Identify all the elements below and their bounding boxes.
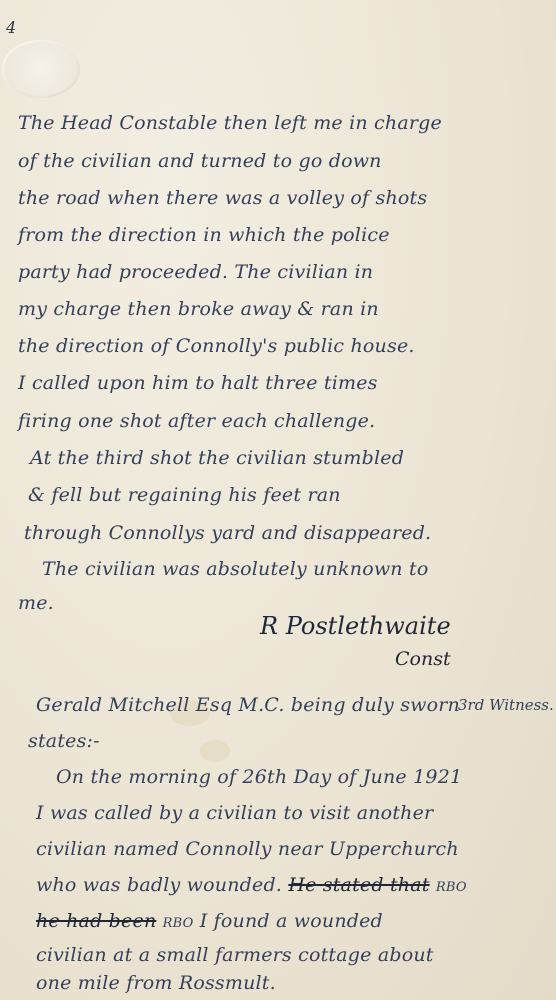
initials: RBO bbox=[436, 880, 467, 895]
text-line: The Head Constable then left me in charg… bbox=[18, 112, 442, 134]
text-line-with-deletion: who was badly wounded. He stated that RB… bbox=[36, 874, 467, 896]
text-line: me. bbox=[18, 592, 54, 614]
initials: RBO bbox=[163, 916, 194, 931]
text-line: On the morning of 26th Day of June 1921 bbox=[56, 766, 462, 788]
text-line: & fell but regaining his feet ran bbox=[28, 484, 341, 506]
struck-through-text: he had been bbox=[36, 910, 156, 932]
signature: R Postlethwaite bbox=[260, 612, 451, 640]
text-line: firing one shot after each challenge. bbox=[18, 410, 375, 432]
page-number: 4 bbox=[6, 18, 16, 37]
text-line: I called upon him to halt three times bbox=[18, 372, 378, 394]
text-line: party had proceeded. The civilian in bbox=[18, 261, 373, 283]
text-line: the direction of Connolly's public house… bbox=[18, 335, 415, 357]
embossed-seal-icon bbox=[2, 40, 80, 98]
text-line: one mile from Rossmult. bbox=[36, 972, 276, 994]
text-line: through Connollys yard and disappeared. bbox=[24, 522, 431, 544]
struck-through-text: He stated that bbox=[288, 874, 429, 896]
paper-stain bbox=[200, 740, 230, 762]
text-line: civilian at a small farmers cottage abou… bbox=[36, 944, 434, 966]
witness-label: 3rd Witness. bbox=[458, 696, 554, 714]
text-line: The civilian was absolutely unknown to bbox=[42, 558, 428, 580]
text-line: states:- bbox=[28, 730, 100, 752]
document-page: 4 The Head Constable then left me in cha… bbox=[0, 0, 556, 1000]
text-line: civilian named Connolly near Upperchurch bbox=[36, 838, 459, 860]
text-line: the road when there was a volley of shot… bbox=[18, 187, 427, 209]
text-line: of the civilian and turned to go down bbox=[18, 150, 382, 172]
text-line: I was called by a civilian to visit anot… bbox=[36, 802, 433, 824]
text-line: Gerald Mitchell Esq M.C. being duly swor… bbox=[36, 694, 460, 716]
signatory-rank: Const bbox=[395, 648, 451, 670]
text-line: my charge then broke away & ran in bbox=[18, 298, 379, 320]
text-line: from the direction in which the police bbox=[18, 224, 390, 246]
text-segment: I found a wounded bbox=[200, 910, 383, 932]
text-line-with-deletion: he had been RBO I found a wounded bbox=[36, 910, 383, 932]
text-line: At the third shot the civilian stumbled bbox=[30, 447, 404, 469]
text-segment: who was badly wounded. bbox=[36, 874, 282, 896]
